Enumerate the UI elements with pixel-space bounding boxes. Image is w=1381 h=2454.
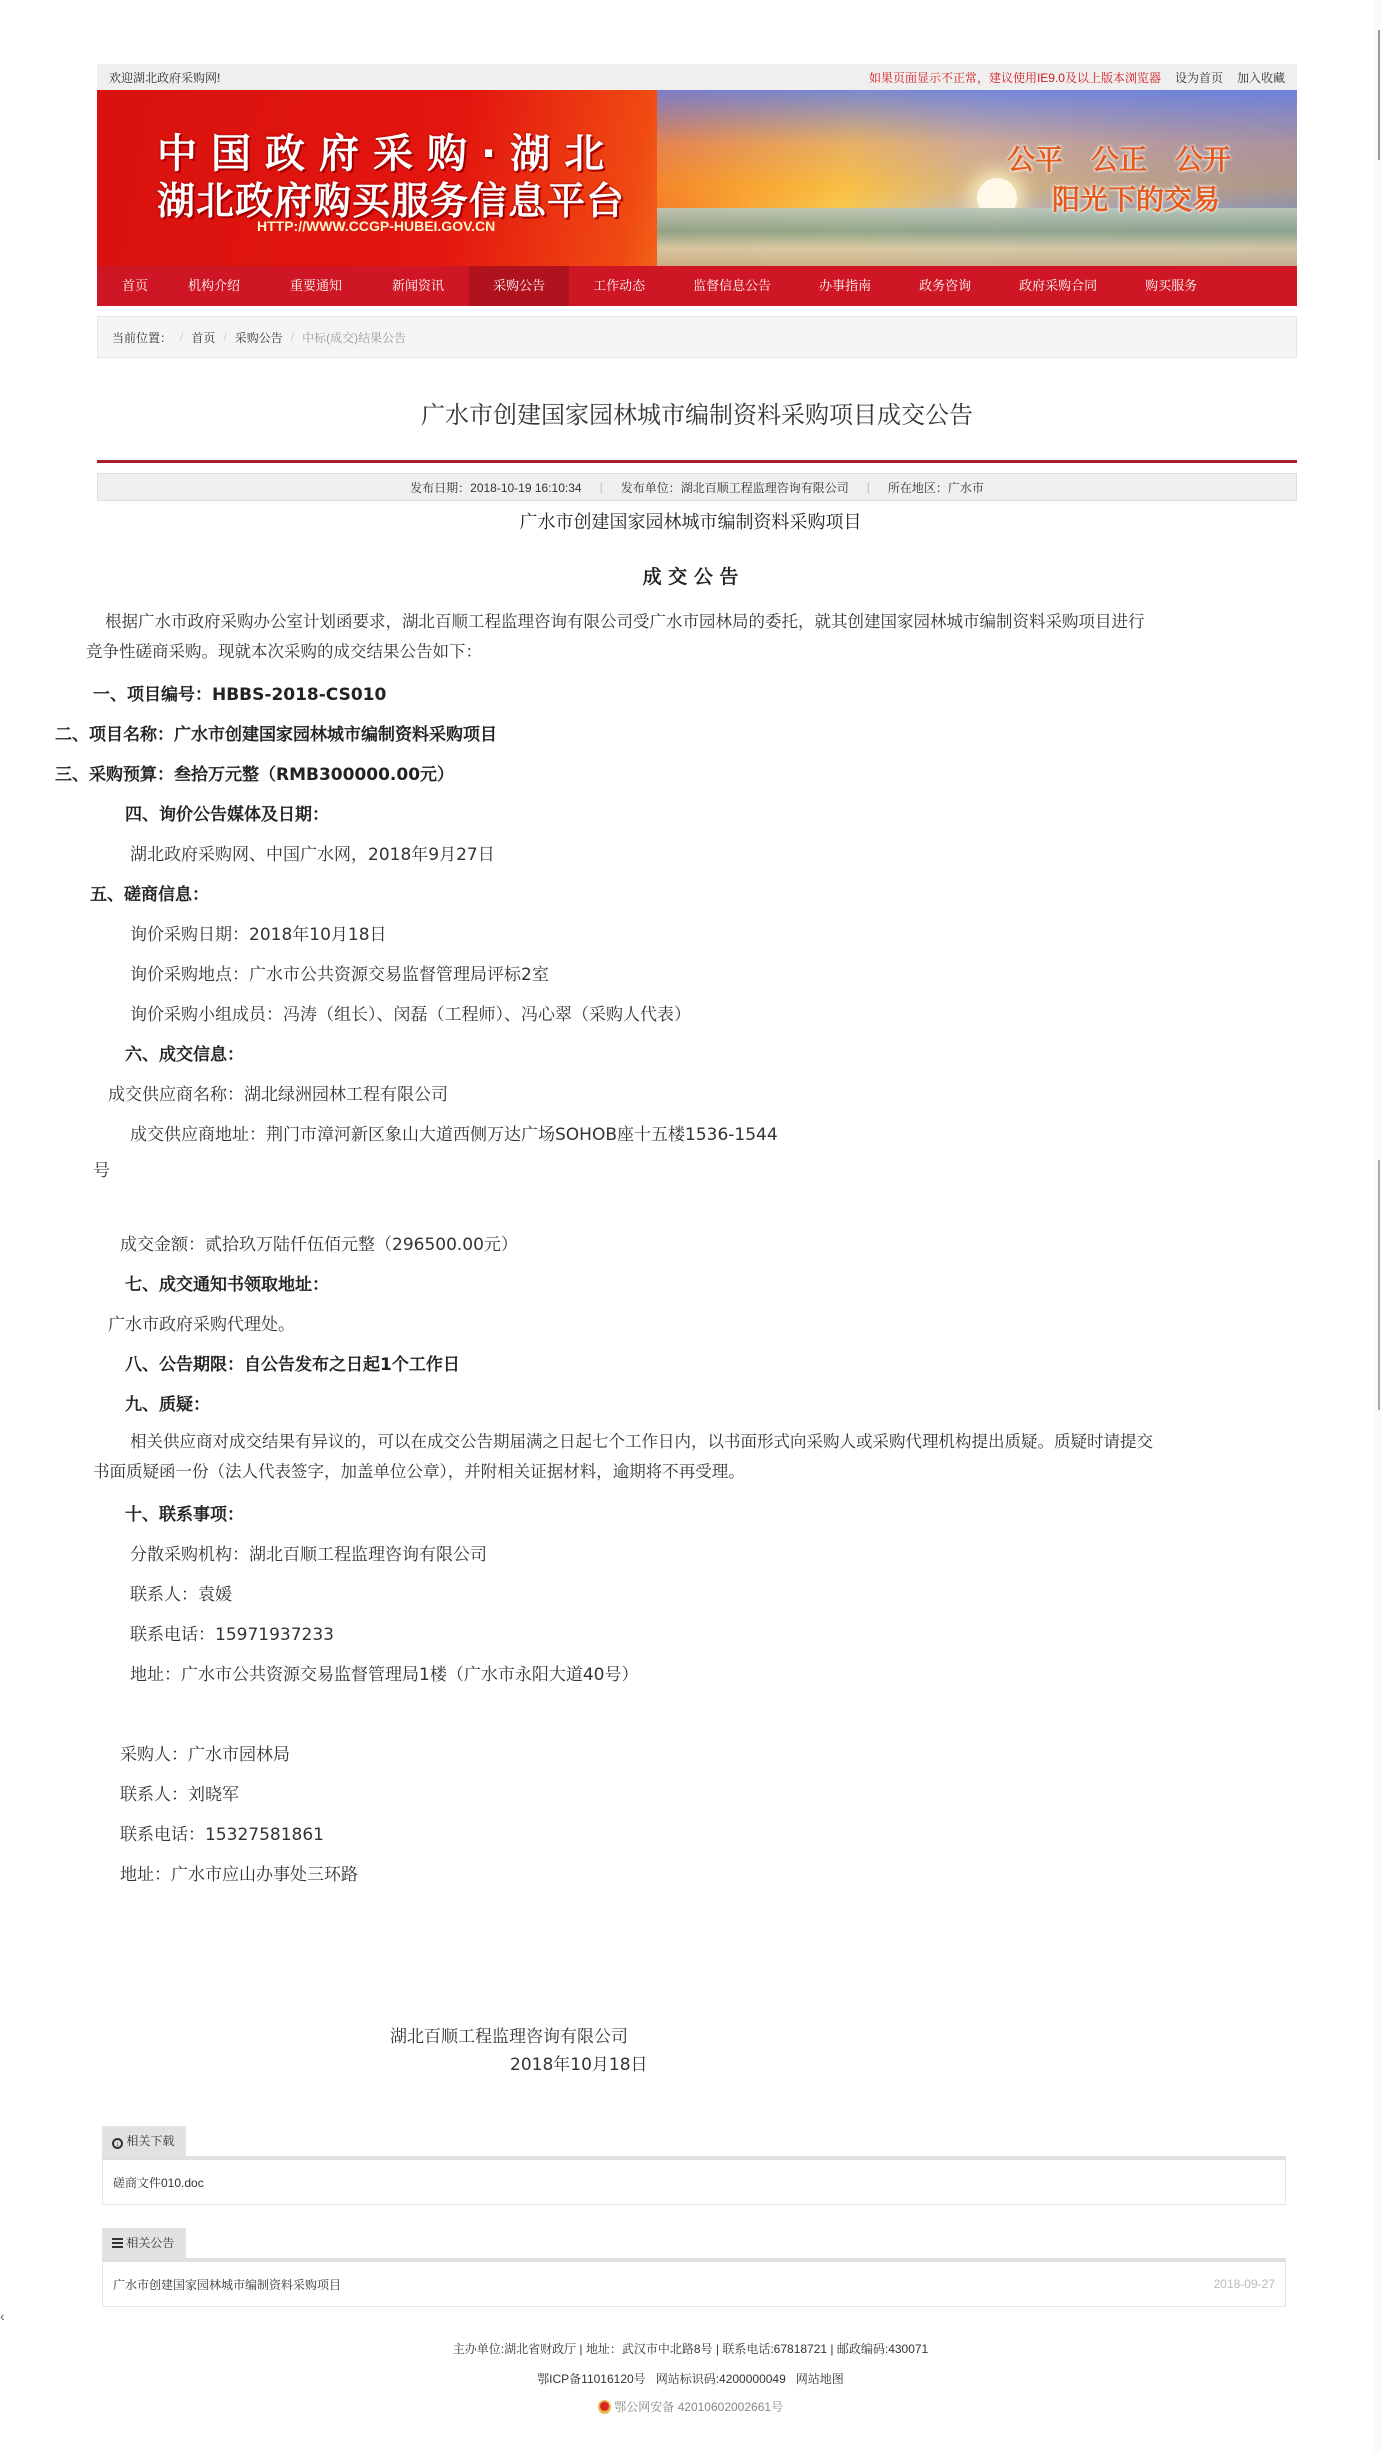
section-9-line2: 书面质疑函一份（法人代表签字，加盖单位公章），并附相关证据材料，逾期将不再受理。 (93, 1458, 745, 1482)
chevron-left-icon[interactable]: ‹ (0, 2308, 5, 2324)
section-4-heading: 四、询价公告媒体及日期： (125, 800, 329, 825)
banner-slogan-line1: 公平 公正 公开 (1007, 138, 1231, 178)
nav-item-notices[interactable]: 重要通知 (265, 266, 367, 306)
nav-item-guide[interactable]: 办事指南 (795, 266, 895, 306)
agency-phone: 联系电话：15971937233 (130, 1620, 334, 1645)
section-9-heading: 九、质疑： (125, 1390, 210, 1415)
consult-date: 询价采购日期：2018年10月18日 (130, 920, 387, 945)
breadcrumb-procurement[interactable]: 采购公告 (235, 329, 283, 346)
police-record-link[interactable]: 鄂公网安备 42010602002661号 (614, 2400, 783, 2414)
footer-line3: 鄂公网安备 42010602002661号 (0, 2398, 1381, 2415)
agency-address: 地址：广水市公共资源交易监督管理局1楼（广水市永阳大道40号） (130, 1660, 638, 1685)
list-icon (112, 2238, 123, 2248)
related-item[interactable]: 广水市创建国家园林城市编制资料采购项目 2018-09-27 (103, 2262, 1285, 2306)
intro-line2: 竞争性磋商采购。现就本次采购的成交结果公告如下： (86, 638, 482, 662)
downloads-tab-label: 相关下载 (126, 2134, 174, 2148)
breadcrumb-home[interactable]: 首页 (191, 329, 215, 346)
footer-line2: 鄂ICP备11016120号 网站标识码:4200000049 网站地图 (0, 2370, 1381, 2387)
police-badge-icon (598, 2400, 611, 2414)
section-6-heading: 六、成交信息： (125, 1040, 244, 1065)
scrollbar-thumb-secondary[interactable] (1378, 1160, 1380, 1410)
project-heading: 广水市创建国家园林城市编制资料采购项目 (0, 508, 1381, 534)
breadcrumb: 当前位置： / 首页 / 采购公告 / 中标(成交)结果公告 (97, 316, 1297, 358)
nav-item-about[interactable]: 机构介绍 (163, 266, 265, 306)
banner-slogan-line2: 阳光下的交易 (1052, 178, 1220, 218)
download-icon: ↓ (112, 2138, 123, 2149)
section-3-budget: 三、采购预算：叁拾万元整（RMB300000.00元） (55, 760, 454, 785)
consult-place: 询价采购地点：广水市公共资源交易监督管理局评标2室 (130, 960, 549, 985)
publisher: 发布单位：湖北百顺工程监理咨询有限公司 (621, 479, 849, 496)
related-item-date: 2018-09-27 (1214, 2277, 1275, 2291)
publish-date: 发布日期：2018-10-19 16:10:34 (410, 479, 581, 496)
related-list: 广水市创建国家园林城市编制资料采购项目 2018-09-27 (102, 2262, 1286, 2307)
signature-date: 2018年10月18日 (510, 2050, 648, 2075)
scrollbar-thumb[interactable] (1378, 30, 1380, 160)
section-8-period: 八、公告期限：自公告发布之日起1个工作日 (125, 1350, 460, 1375)
nav-item-supervision[interactable]: 监督信息公告 (669, 266, 795, 306)
page-container: 欢迎湖北政府采购网! 如果页面显示不正常，建议使用IE9.0及以上版本浏览器 设… (97, 64, 1297, 501)
section-2-project-name: 二、项目名称：广水市创建国家园林城市编制资料采购项目 (55, 720, 497, 745)
nav-item-home[interactable]: 首页 (97, 266, 163, 306)
breadcrumb-current: 中标(成交)结果公告 (302, 329, 406, 346)
agency-name: 分散采购机构：湖北百顺工程监理咨询有限公司 (130, 1540, 487, 1565)
section-7-heading: 七、成交通知书领取地址： (125, 1270, 329, 1295)
supplier-name: 成交供应商名称：湖北绿洲园林工程有限公司 (108, 1080, 448, 1105)
related-item-title[interactable]: 广水市创建国家园林城市编制资料采购项目 (113, 2276, 341, 2293)
meta-bar: 发布日期：2018-10-19 16:10:34 | 发布单位：湖北百顺工程监理… (97, 473, 1297, 501)
meta-separator: | (867, 480, 870, 494)
consult-members: 询价采购小组成员：冯涛（组长）、闵磊（工程师）、冯心翠（采购人代表） (130, 1000, 691, 1025)
meta-separator: | (600, 480, 603, 494)
intro-line1: 根据广水市政府采购办公室计划函要求，湖北百顺工程监理咨询有限公司受广水市园林局的… (105, 608, 1145, 632)
section-7-body: 广水市政府采购代理处。 (108, 1310, 295, 1335)
region: 所在地区：广水市 (888, 479, 984, 496)
related-tab: 相关公告 (102, 2228, 186, 2258)
nav-item-services[interactable]: 购买服务 (1121, 266, 1221, 306)
download-file-link[interactable]: 磋商文件010.doc (113, 2174, 204, 2191)
section-1-project-number: 一、项目编号：HBBS-2018-CS010 (93, 680, 386, 705)
buyer-contact: 联系人：刘晓军 (120, 1780, 239, 1805)
breadcrumb-separator: / (180, 330, 183, 344)
banner-url: HTTP://WWW.CCGP-HUBEI.GOV.CN (257, 218, 495, 234)
footer-line1: 主办单位:湖北省财政厅 | 地址：武汉市中北路8号 | 联系电话:6781872… (0, 2340, 1381, 2357)
breadcrumb-separator: / (223, 330, 226, 344)
downloads-list: 磋商文件010.doc (102, 2160, 1286, 2205)
breadcrumb-label: 当前位置： (112, 329, 172, 346)
icp-number: 鄂ICP备11016120号 (537, 2372, 646, 2386)
section-10-heading: 十、联系事项： (125, 1500, 244, 1525)
nav-item-consult[interactable]: 政务咨询 (895, 266, 995, 306)
section-9-line1: 相关供应商对成交结果有异议的，可以在成交公告期届满之日起七个工作日内，以书面形式… (130, 1428, 1153, 1452)
notice-heading: 成 交 公 告 (0, 562, 1381, 589)
top-bar: 欢迎湖北政府采购网! 如果页面显示不正常，建议使用IE9.0及以上版本浏览器 设… (97, 64, 1297, 90)
site-code: 网站标识码:4200000049 (656, 2372, 786, 2386)
supplier-address-line2: 号 (93, 1156, 110, 1181)
nav-item-news[interactable]: 新闻资讯 (367, 266, 469, 306)
nav-item-work[interactable]: 工作动态 (569, 266, 669, 306)
title-divider (97, 460, 1297, 463)
breadcrumb-separator: / (291, 330, 294, 344)
related-tab-label: 相关公告 (126, 2236, 174, 2250)
buyer-phone: 联系电话：15327581861 (120, 1820, 324, 1845)
buyer-name: 采购人：广水市园林局 (120, 1740, 290, 1765)
nav-item-procurement[interactable]: 采购公告 (469, 266, 569, 306)
section-5-heading: 五、磋商信息： (90, 880, 209, 905)
set-homepage-link[interactable]: 设为首页 (1175, 69, 1223, 86)
section-4-body: 湖北政府采购网、中国广水网，2018年9月27日 (130, 840, 495, 865)
supplier-address-line1: 成交供应商地址：荆门市漳河新区象山大道西侧万达广场SOHOB座十五楼1536-1… (130, 1120, 778, 1145)
signature-org: 湖北百顺工程监理咨询有限公司 (390, 2022, 628, 2047)
main-nav: 首页 机构介绍 重要通知 新闻资讯 采购公告 工作动态 监督信息公告 办事指南 … (97, 266, 1297, 306)
deal-amount: 成交金额：贰拾玖万陆仟伍佰元整（296500.00元） (120, 1230, 518, 1255)
welcome-text: 欢迎湖北政府采购网! (109, 69, 220, 86)
agency-contact: 联系人：袁媛 (130, 1580, 232, 1605)
banner-title-line2: 湖北政府购买服务信息平台 (157, 170, 625, 225)
downloads-tab: ↓ 相关下载 (102, 2126, 186, 2156)
browser-warning: 如果页面显示不正常，建议使用IE9.0及以上版本浏览器 (869, 69, 1161, 86)
page-title: 广水市创建国家园林城市编制资料采购项目成交公告 (97, 398, 1297, 434)
sitemap-link[interactable]: 网站地图 (796, 2372, 844, 2386)
site-banner: 中国政府采购·湖北 湖北政府购买服务信息平台 HTTP://WWW.CCGP-H… (97, 90, 1297, 266)
add-favorite-link[interactable]: 加入收藏 (1237, 69, 1285, 86)
buyer-address: 地址：广水市应山办事处三环路 (120, 1860, 358, 1885)
nav-item-contracts[interactable]: 政府采购合同 (995, 266, 1121, 306)
